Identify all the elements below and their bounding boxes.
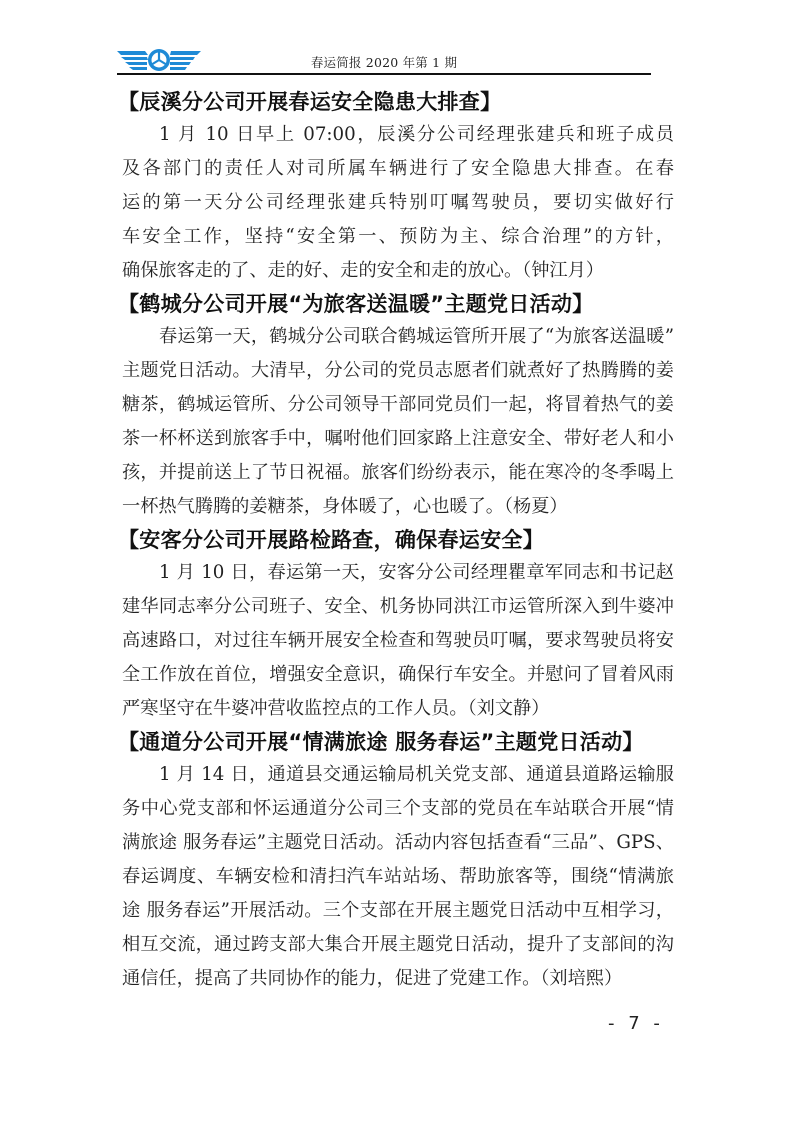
document-body: 【辰溪分公司开展春运安全隐患大排查】 1 月 10 日早上 07:00，辰溪分公… [122,86,674,996]
article-tongdao: 【通道分公司开展“情满旅途 服务春运”主题党日活动】 1 月 14 日，通道县交… [122,726,674,996]
paragraph-line: 主题党日活动。大清早，分公司的党员志愿者们就煮好了热腾腾的姜 [122,354,674,388]
page-header: 春运简报 2020 年第 1 期 [117,44,651,76]
paragraph-line: 严寒坚守在牛婆冲营收监控点的工作人员。（刘文静） [122,692,674,726]
paragraph-line: 高速路口，对过往车辆开展安全检查和驾驶员叮嘱，要求驾驶员将安 [122,624,674,658]
paragraph-line: 通信任，提高了共同协作的能力，促进了党建工作。（刘培熙） [122,962,674,996]
paragraph-line: 1 月 10 日，春运第一天，安客分公司经理瞿章军同志和书记赵 [122,556,674,590]
article-chenxi: 【辰溪分公司开展春运安全隐患大排查】 1 月 10 日早上 07:00，辰溪分公… [122,86,674,288]
paragraph-line: 及各部门的责任人对司所属车辆进行了安全隐患大排查。在春 [122,152,674,186]
article-heading: 【安客分公司开展路检路查，确保春运安全】 [118,524,674,556]
paragraph-line: 务中心党支部和怀运通道分公司三个支部的党员在车站联合开展“情 [122,792,674,826]
paragraph-line: 相互交流，通过跨支部大集合开展主题党日活动，提升了支部间的沟 [122,928,674,962]
paragraph-line: 确保旅客走的了、走的好、走的安全和走的放心。（钟江月） [122,254,674,288]
article-paragraph: 1 月 10 日早上 07:00，辰溪分公司经理张建兵和班子成员 及各部门的责任… [122,118,674,288]
paragraph-line: 途 服务春运”开展活动。三个支部在开展主题党日活动中互相学习， [122,894,674,928]
article-paragraph: 1 月 10 日，春运第一天，安客分公司经理瞿章军同志和书记赵 建华同志率分公司… [122,556,674,726]
page-number: - 7 - [608,1013,664,1034]
paragraph-line: 春运调度、车辆安检和清扫汽车站站场、帮助旅客等，围绕“情满旅 [122,860,674,894]
paragraph-line: 1 月 14 日，通道县交通运输局机关党支部、通道县道路运输服 [122,758,674,792]
paragraph-line: 运的第一天分公司经理张建兵特别叮嘱驾驶员，要切实做好行 [122,186,674,220]
header-divider [117,73,651,75]
article-heading: 【通道分公司开展“情满旅途 服务春运”主题党日活动】 [118,726,674,758]
paragraph-line: 春运第一天，鹤城分公司联合鹤城运管所开展了“为旅客送温暖” [122,320,674,354]
article-heading: 【鹤城分公司开展“为旅客送温暖”主题党日活动】 [118,288,674,320]
paragraph-line: 茶一杯杯送到旅客手中，嘱咐他们回家路上注意安全、带好老人和小 [122,422,674,456]
article-anke: 【安客分公司开展路检路查，确保春运安全】 1 月 10 日，春运第一天，安客分公… [122,524,674,726]
article-paragraph: 1 月 14 日，通道县交通运输局机关党支部、通道县道路运输服 务中心党支部和怀… [122,758,674,996]
paragraph-line: 全工作放在首位，增强安全意识，确保行车安全。并慰问了冒着风雨 [122,658,674,692]
paragraph-line: 满旅途 服务春运”主题党日活动。活动内容包括查看“三品”、GPS、 [122,826,674,860]
paragraph-line: 糖茶，鹤城运管所、分公司领导干部同党员们一起，将冒着热气的姜 [122,388,674,422]
paragraph-line: 一杯热气腾腾的姜糖茶，身体暖了，心也暖了。（杨夏） [122,490,674,524]
article-hecheng: 【鹤城分公司开展“为旅客送温暖”主题党日活动】 春运第一天，鹤城分公司联合鹤城运… [122,288,674,524]
paragraph-line: 建华同志率分公司班子、安全、机务协同洪江市运管所深入到牛婆冲 [122,590,674,624]
article-heading: 【辰溪分公司开展春运安全隐患大排查】 [118,86,674,118]
paragraph-line: 车安全工作，坚持“安全第一、预防为主、综合治理”的方针， [122,220,674,254]
newsletter-title: 春运简报 2020 年第 1 期 [117,53,651,71]
paragraph-line: 1 月 10 日早上 07:00，辰溪分公司经理张建兵和班子成员 [122,118,674,152]
paragraph-line: 孩，并提前送上了节日祝福。旅客们纷纷表示，能在寒冷的冬季喝上 [122,456,674,490]
article-paragraph: 春运第一天，鹤城分公司联合鹤城运管所开展了“为旅客送温暖” 主题党日活动。大清早… [122,320,674,524]
